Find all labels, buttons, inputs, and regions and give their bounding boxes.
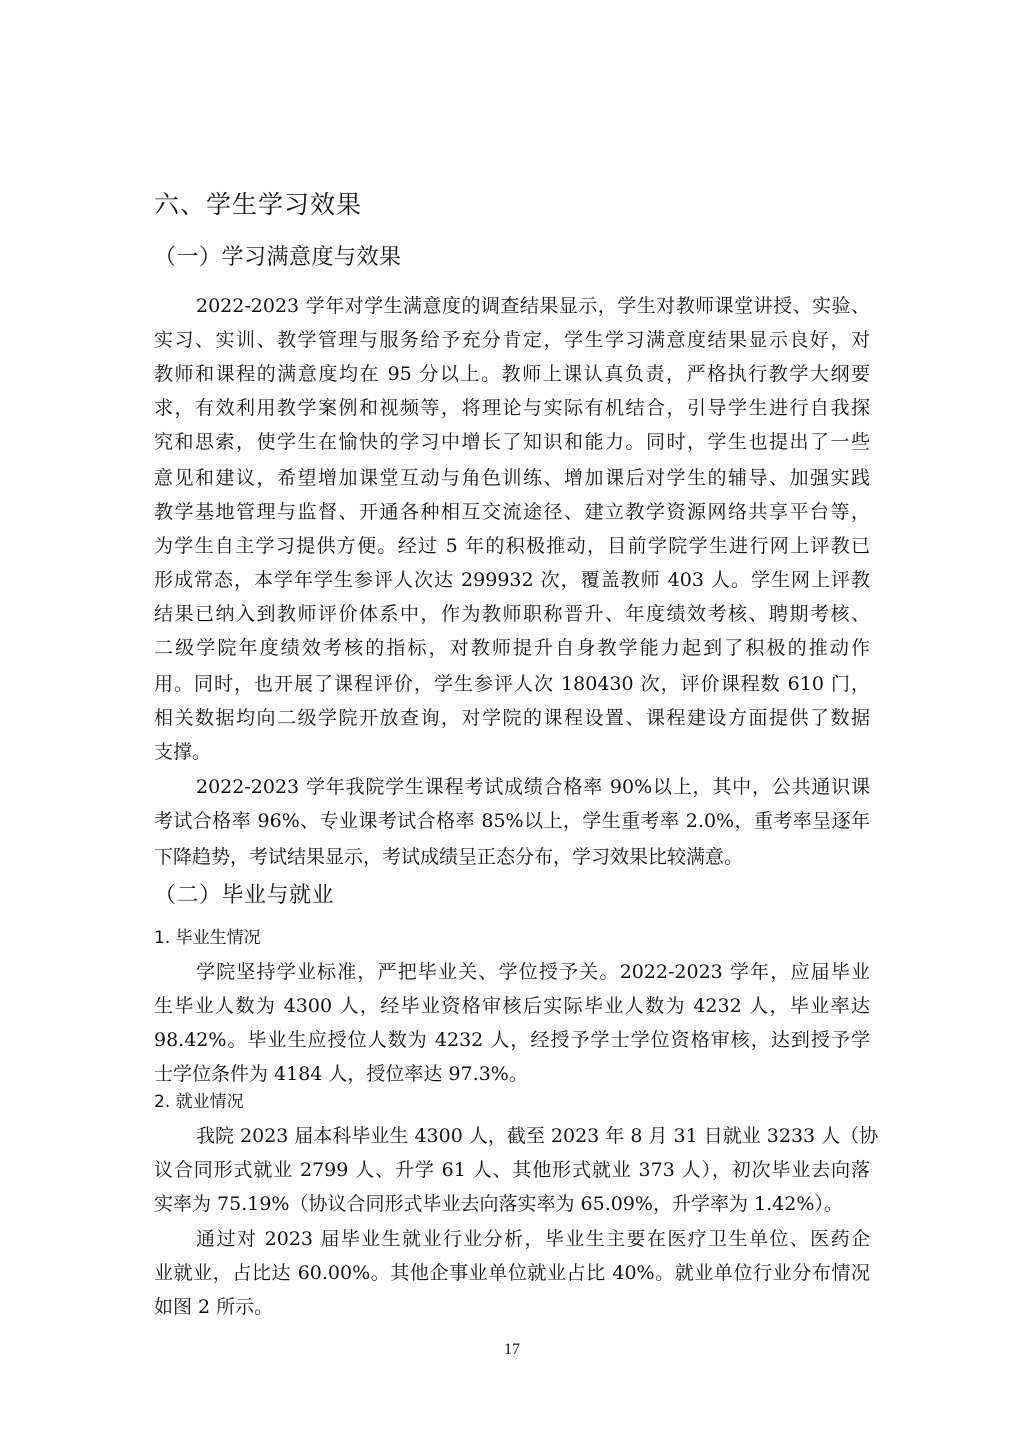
- text-line: 议合同形式就业 2799 人、升学 61 人、其他形式就业 373 人），初次毕…: [154, 1153, 870, 1187]
- text-line: 如图 2 所示。: [154, 1290, 870, 1324]
- text-line: 学院坚持学业标准，严把毕业关、学位授予关。2022-2023 学年，应届毕业: [196, 955, 870, 989]
- text-line: 为学生自主学习提供方便。经过 5 年的积极推动，目前学院学生进行网上评教已: [154, 529, 870, 563]
- text-line: 用。同时，也开展了课程评价，学生参评人次 180430 次，评价课程数 610 …: [154, 667, 870, 701]
- text-line: 教师和课程的满意度均在 95 分以上。教师上课认真负责，严格执行教学大纲要: [154, 357, 870, 391]
- item-title-graduates: 1. 毕业生情况: [154, 926, 261, 950]
- text-line: 士学位条件为 4184 人，授位率达 97.3%。: [154, 1057, 870, 1091]
- text-line: 实习、实训、教学管理与服务给予充分肯定，学生学习满意度结果显示良好，对: [154, 323, 870, 357]
- subsection-title-graduation-employment: （二）毕业与就业: [154, 880, 334, 912]
- text-line: 支撑。: [154, 735, 870, 769]
- page-number: 17: [0, 1341, 1024, 1359]
- text-line: 相关数据均向二级学院开放查询，对学院的课程设置、课程建设方面提供了数据: [154, 701, 870, 735]
- text-line: 通过对 2023 届毕业生就业行业分析，毕业生主要在医疗卫生单位、医药企: [196, 1222, 870, 1256]
- text-line: 我院 2023 届本科毕业生 4300 人，截至 2023 年 8 月 31 日…: [196, 1119, 870, 1153]
- text-line: 业就业，占比达 60.00%。其他企事业单位就业占比 40%。就业单位行业分布情…: [154, 1256, 870, 1290]
- document-page: 六、学生学习效果 （一）学习满意度与效果 2022-2023 学年对学生满意度的…: [0, 0, 1024, 1448]
- text-line: 实率为 75.19%（协议合同形式毕业去向落实率为 65.09%，升学率为 1.…: [154, 1187, 870, 1221]
- subsection-title-satisfaction: （一）学习满意度与效果: [154, 242, 402, 274]
- text-line: 2022-2023 学年我院学生课程考试成绩合格率 90%以上，其中，公共通识课: [196, 770, 870, 804]
- text-line: 生毕业人数为 4300 人，经毕业资格审核后实际毕业人数为 4232 人，毕业率…: [154, 989, 870, 1023]
- text-line: 形成常态，本学年学生参评人次达 299932 次，覆盖教师 403 人。学生网上…: [154, 563, 870, 597]
- text-line: 二级学院年度绩效考核的指标，对教师提升自身教学能力起到了积极的推动作: [154, 631, 870, 665]
- text-line: 2022-2023 学年对学生满意度的调查结果显示，学生对教师课堂讲授、实验、: [196, 289, 870, 323]
- text-line: 98.42%。毕业生应授位人数为 4232 人，经授予学士学位资格审核，达到授予…: [154, 1023, 870, 1057]
- section-title: 六、学生学习效果: [154, 187, 362, 223]
- text-line: 结果已纳入到教师评价体系中，作为教师职称晋升、年度绩效考核、聘期考核、: [154, 597, 870, 631]
- text-line: 意见和建议，希望增加课堂互动与角色训练、增加课后对学生的辅导、加强实践: [154, 461, 870, 495]
- text-line: 下降趋势，考试结果显示，考试成绩呈正态分布，学习效果比较满意。: [154, 840, 870, 874]
- text-line: 究和思索，使学生在愉快的学习中增长了知识和能力。同时，学生也提出了一些: [154, 425, 870, 459]
- text-line: 教学基地管理与监督、开通各种相互交流途径、建立教学资源网络共享平台等，: [154, 495, 870, 529]
- text-line: 求，有效利用教学案例和视频等，将理论与实际有机结合，引导学生进行自我探: [154, 391, 870, 425]
- text-line: 考试合格率 96%、专业课考试合格率 85%以上，学生重考率 2.0%，重考率呈…: [154, 804, 870, 838]
- item-title-employment: 2. 就业情况: [154, 1090, 244, 1114]
